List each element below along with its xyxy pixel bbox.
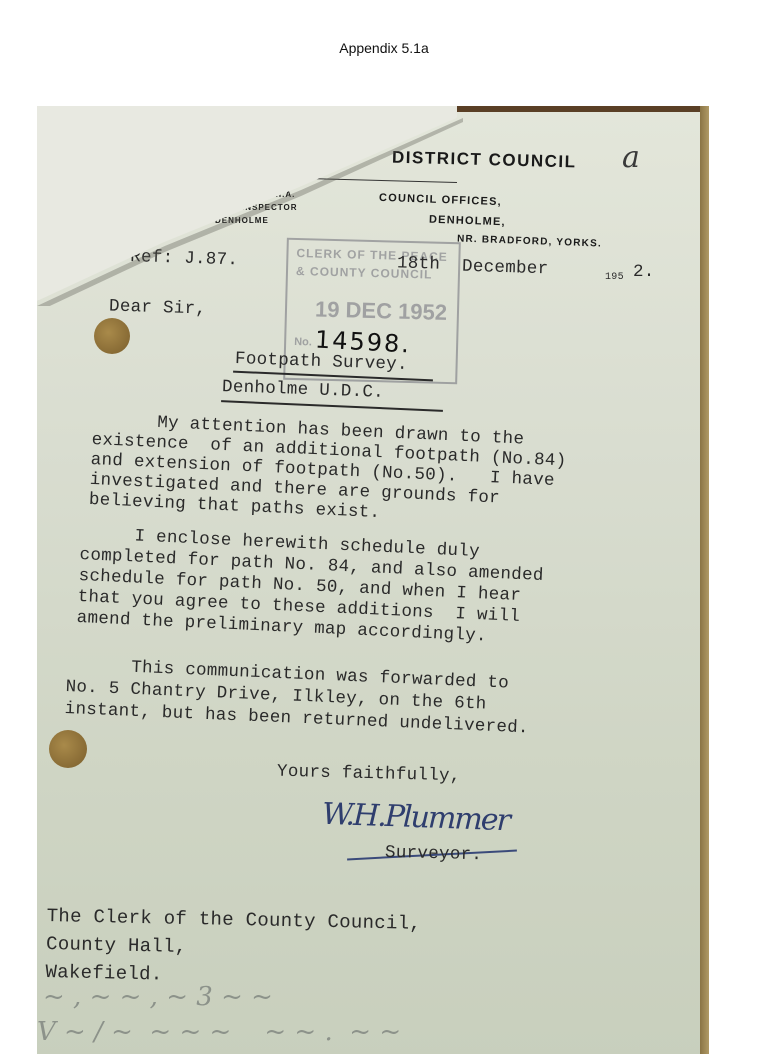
signature: W.H.Plummer (321, 797, 509, 839)
address-line-2: DENHOLME, (429, 214, 506, 229)
address-line-1: COUNCIL OFFICES, (379, 192, 502, 208)
body-paragraph-2: I enclose herewith schedule duly complet… (76, 524, 545, 650)
pencil-shorthand-line-2: V ~ / ~ ~ ~ ~ ~ ~ . ~ ~ (37, 1017, 401, 1047)
letterhead-title: DISTRICT COUNCIL (392, 148, 577, 173)
valediction: Yours faithfully, (277, 762, 461, 787)
backdrop-edge (700, 106, 709, 1054)
punch-hole-top (94, 318, 130, 354)
pencil-shorthand-line-1: ~ , ~ ~ , ~ 3 ~ ~ (43, 982, 273, 1012)
date-month: December (462, 257, 549, 280)
stamp-date: 19 DEC 1952 (315, 297, 448, 326)
appendix-heading: Appendix 5.1a (0, 40, 768, 56)
stamp-no-label: No. (294, 336, 312, 348)
subject-line-2: Denholme U.D.C. (222, 377, 385, 403)
salutation: Dear Sir, (109, 296, 207, 319)
subject-underline-2 (221, 400, 443, 412)
date-day: 18th (397, 253, 441, 274)
punch-hole-bottom (49, 730, 87, 768)
body-paragraph-3: This communication was forwarded to No. … (64, 654, 531, 739)
recipient-address: The Clerk of the County Council, County … (45, 902, 421, 994)
letter-photo: DISTRICT COUNCIL a . M.S.I.A. INSPECTOR … (37, 106, 709, 1054)
body-paragraph-1: My attention has been drawn to the exist… (88, 410, 567, 531)
date-year-suffix: 2. (633, 262, 655, 282)
address-line-3: NR. BRADFORD, YORKS. (457, 233, 602, 249)
date-year-prefix: 195 (605, 272, 624, 283)
signatory-title: Surveyor. (385, 843, 483, 866)
corner-initial-mark: a (622, 140, 640, 175)
